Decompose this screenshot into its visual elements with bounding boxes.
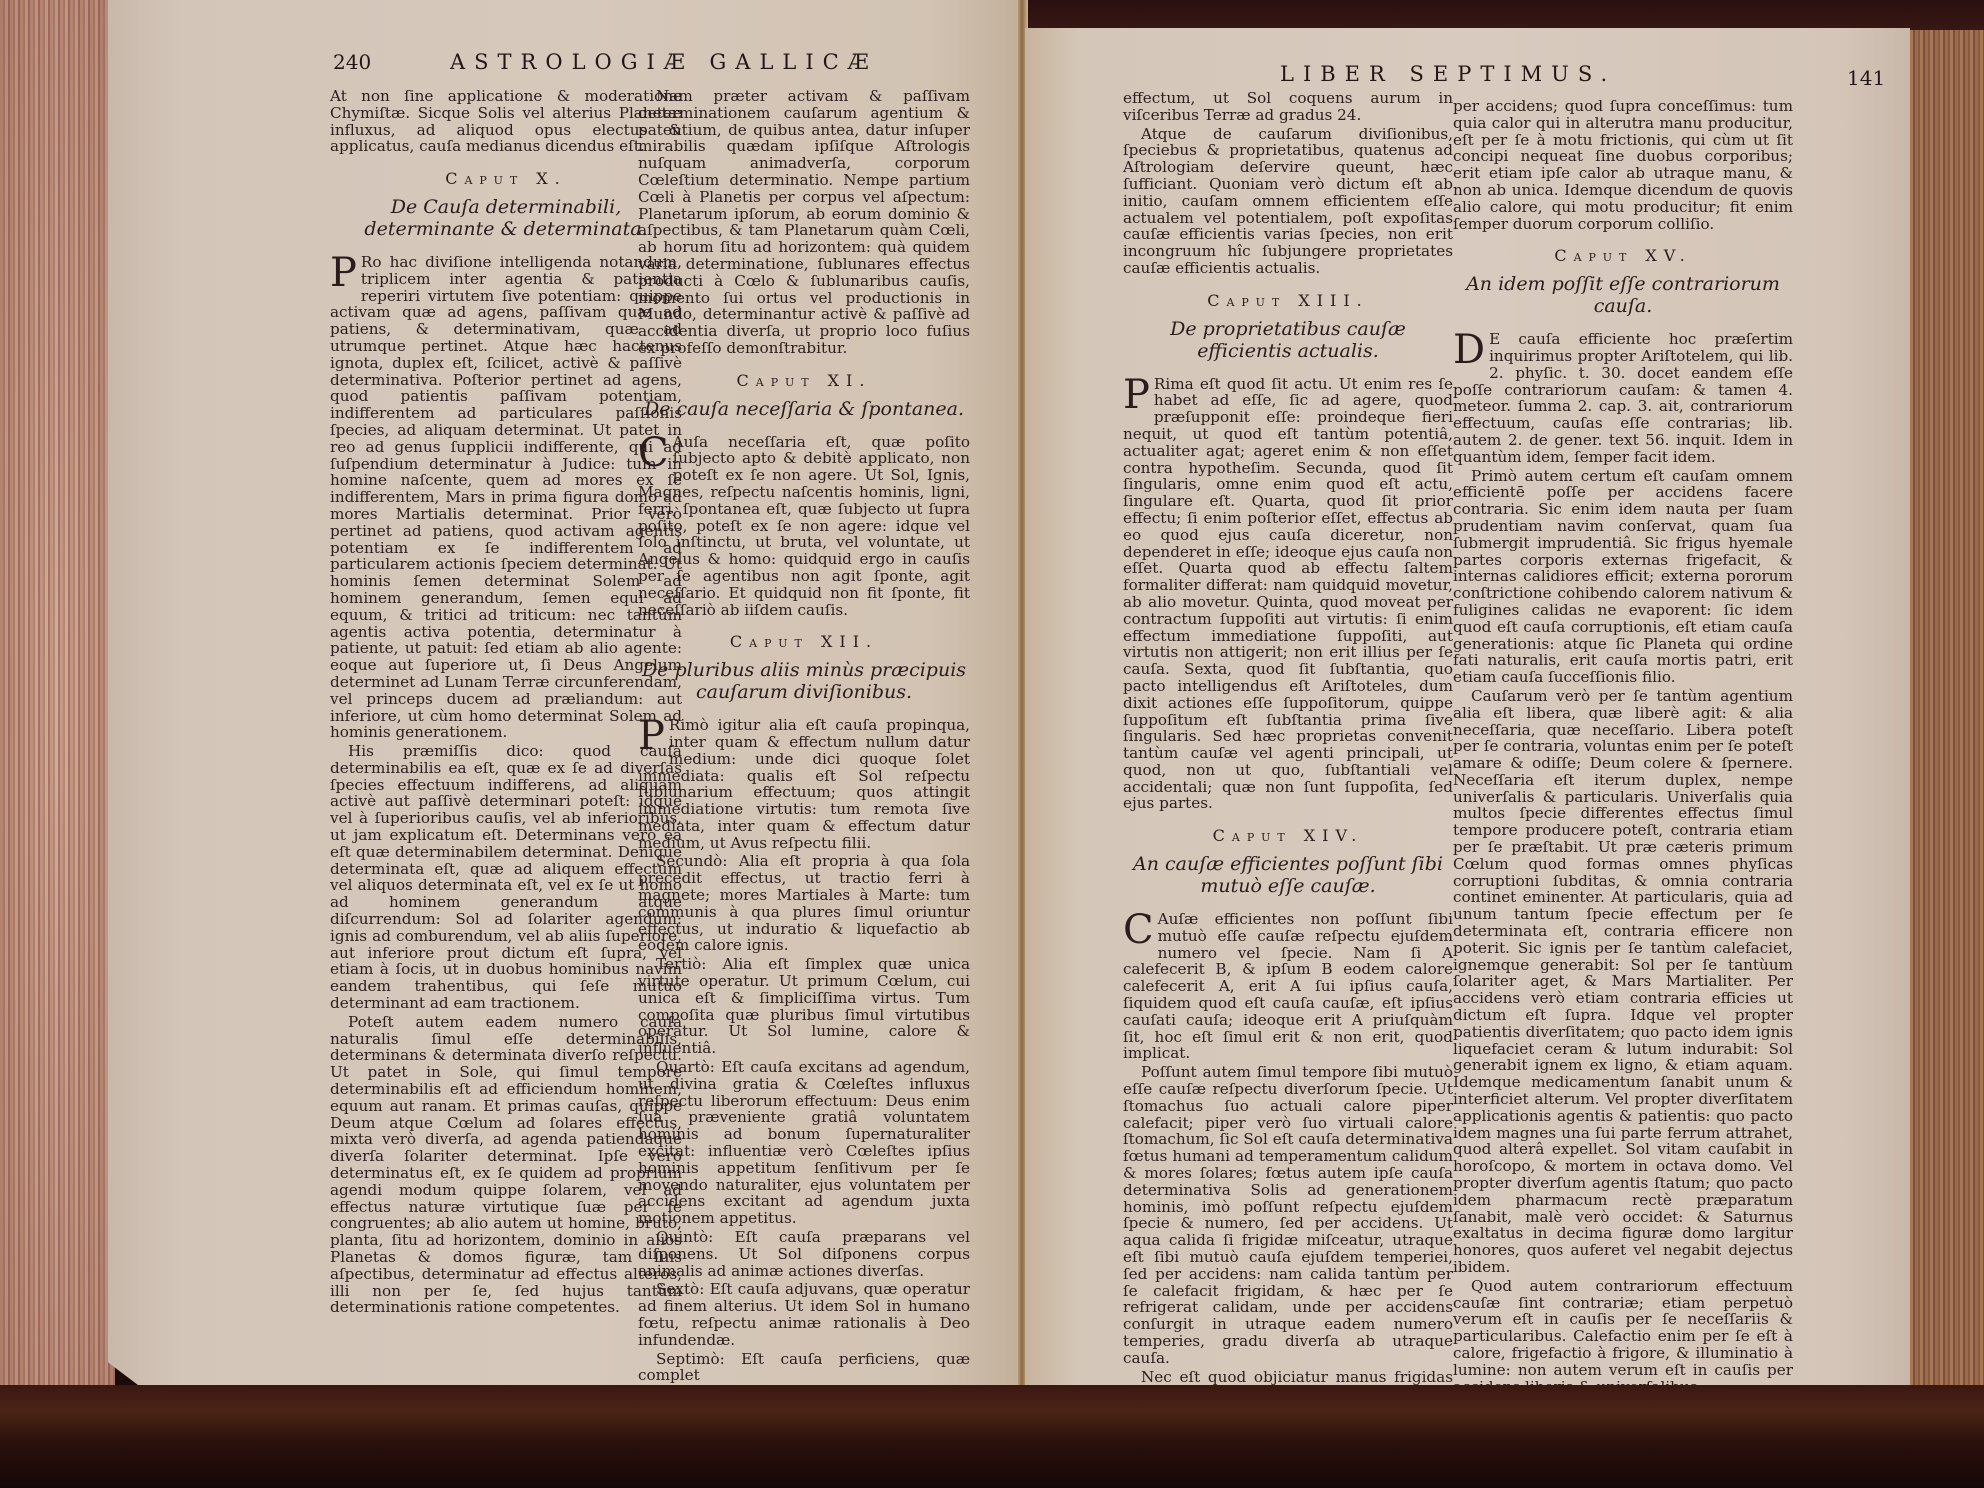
paragraph: Quod autem contrariorum effectuum cauſæ … (1453, 1278, 1793, 1396)
paragraph: Sextò: Eſt cauſa adjuvans, quæ operatur … (638, 1281, 970, 1348)
left-page: 240 ASTROLOGIÆ GALLICÆ At non ſine appli… (108, 0, 1020, 1390)
drop-cap: C (638, 436, 669, 470)
paragraph: Poſſunt autem ſimul tempore ſibi mutuò e… (1123, 1064, 1453, 1366)
right-column-2: per accidens; quod ſupra conceſſimus: tu… (1453, 98, 1793, 1414)
paragraph: Rimò igitur alia eſt cauſa propinqua, in… (638, 716, 970, 852)
drop-cap: D (1453, 333, 1485, 367)
chapter-title: De proprietatibus cauſæ efficientis actu… (1123, 318, 1453, 362)
paragraph: Primò autem certum eſt cauſam omnem effi… (1453, 468, 1793, 686)
paragraph: Auſa neceſſaria eſt, quæ poſito ſubjecto… (638, 433, 970, 619)
paragraph: Quartò: Eſt cauſa excitans ad agendum, u… (638, 1059, 970, 1227)
left-column-2: Nam præter activam & paſſivam determinat… (638, 88, 970, 1403)
chapter-title: An cauſæ efficientes poſſunt ſibi mutuò … (1123, 853, 1453, 897)
paragraph: At non ſine applicatione & moderatione C… (330, 88, 682, 155)
page-number-right: 141 (1847, 66, 1885, 90)
chapter-heading: Caput XIV. (1123, 828, 1453, 845)
chapter-heading: Caput XIII. (1123, 293, 1453, 310)
chapter-title: De cauſa neceſſaria & ſpontanea. (638, 398, 970, 420)
chapter-heading: Caput X. (330, 171, 682, 188)
drop-cap: P (1123, 378, 1150, 412)
paragraph: Auſæ efficientes non poſſunt ſibi mutuò … (1123, 910, 1453, 1062)
paragraph: Secundò: Alia eſt propria à qua ſola pre… (638, 853, 970, 954)
paragraph: Ro hac diviſione intelligenda notandum, … (330, 253, 682, 741)
paragraph: Septimò: Eſt cauſa perficiens, quæ compl… (638, 1351, 970, 1385)
left-column-1: At non ſine applicatione & moderatione C… (330, 88, 682, 1318)
paragraph: Quintò: Eſt cauſa præparans vel diſponen… (638, 1229, 970, 1279)
paragraph: Cauſarum verò per ſe tantùm agentium ali… (1453, 688, 1793, 1276)
chapter-title: De Cauſa determinabili, determinante & d… (330, 196, 682, 240)
paragraph: Rima eſt quod ſit actu. Ut enim res ſe h… (1123, 375, 1453, 813)
drop-cap: C (1123, 913, 1154, 947)
paragraph: per accidens; quod ſupra conceſſimus: tu… (1453, 98, 1793, 232)
table-background-bottom (0, 1385, 1984, 1488)
right-page: LIBER SEPTIMUS. 141 effectum, ut Sol coq… (1025, 28, 1910, 1423)
running-head-left: ASTROLOGIÆ GALLICÆ (450, 50, 878, 74)
chapter-heading: Caput XII. (638, 634, 970, 651)
page-block-edge-left (0, 0, 115, 1395)
page-number-left: 240 (333, 50, 371, 74)
paragraph: Atque de cauſarum diviſionibus, ſpeciebu… (1123, 126, 1453, 277)
paragraph: Poteſt autem eadem numero cauſa naturali… (330, 1014, 682, 1316)
paragraph: Nam præter activam & paſſivam determinat… (638, 88, 970, 357)
paragraph: effectum, ut Sol coquens aurum in viſcer… (1123, 90, 1453, 124)
paragraph: E cauſa efficiente hoc præſertim inquiri… (1453, 330, 1793, 466)
paragraph: His præmiſſis dico: quod cauſa determina… (330, 743, 682, 1012)
chapter-heading: Caput XI. (638, 373, 970, 390)
paragraph: Tertiò: Alia eſt ſimplex quæ unica virtu… (638, 956, 970, 1057)
drop-cap: P (638, 719, 665, 753)
drop-cap: P (330, 256, 357, 290)
page-block-edge-right (1905, 30, 1984, 1400)
chapter-title: An idem poſſit eſſe contrariorum cauſa. (1453, 273, 1793, 317)
running-head-right: LIBER SEPTIMUS. (1280, 62, 1616, 86)
chapter-heading: Caput XV. (1453, 248, 1793, 265)
right-column-1: effectum, ut Sol coquens aurum in viſcer… (1123, 90, 1453, 1438)
chapter-title: De pluribus aliis minùs præcipuis cauſar… (638, 659, 970, 703)
